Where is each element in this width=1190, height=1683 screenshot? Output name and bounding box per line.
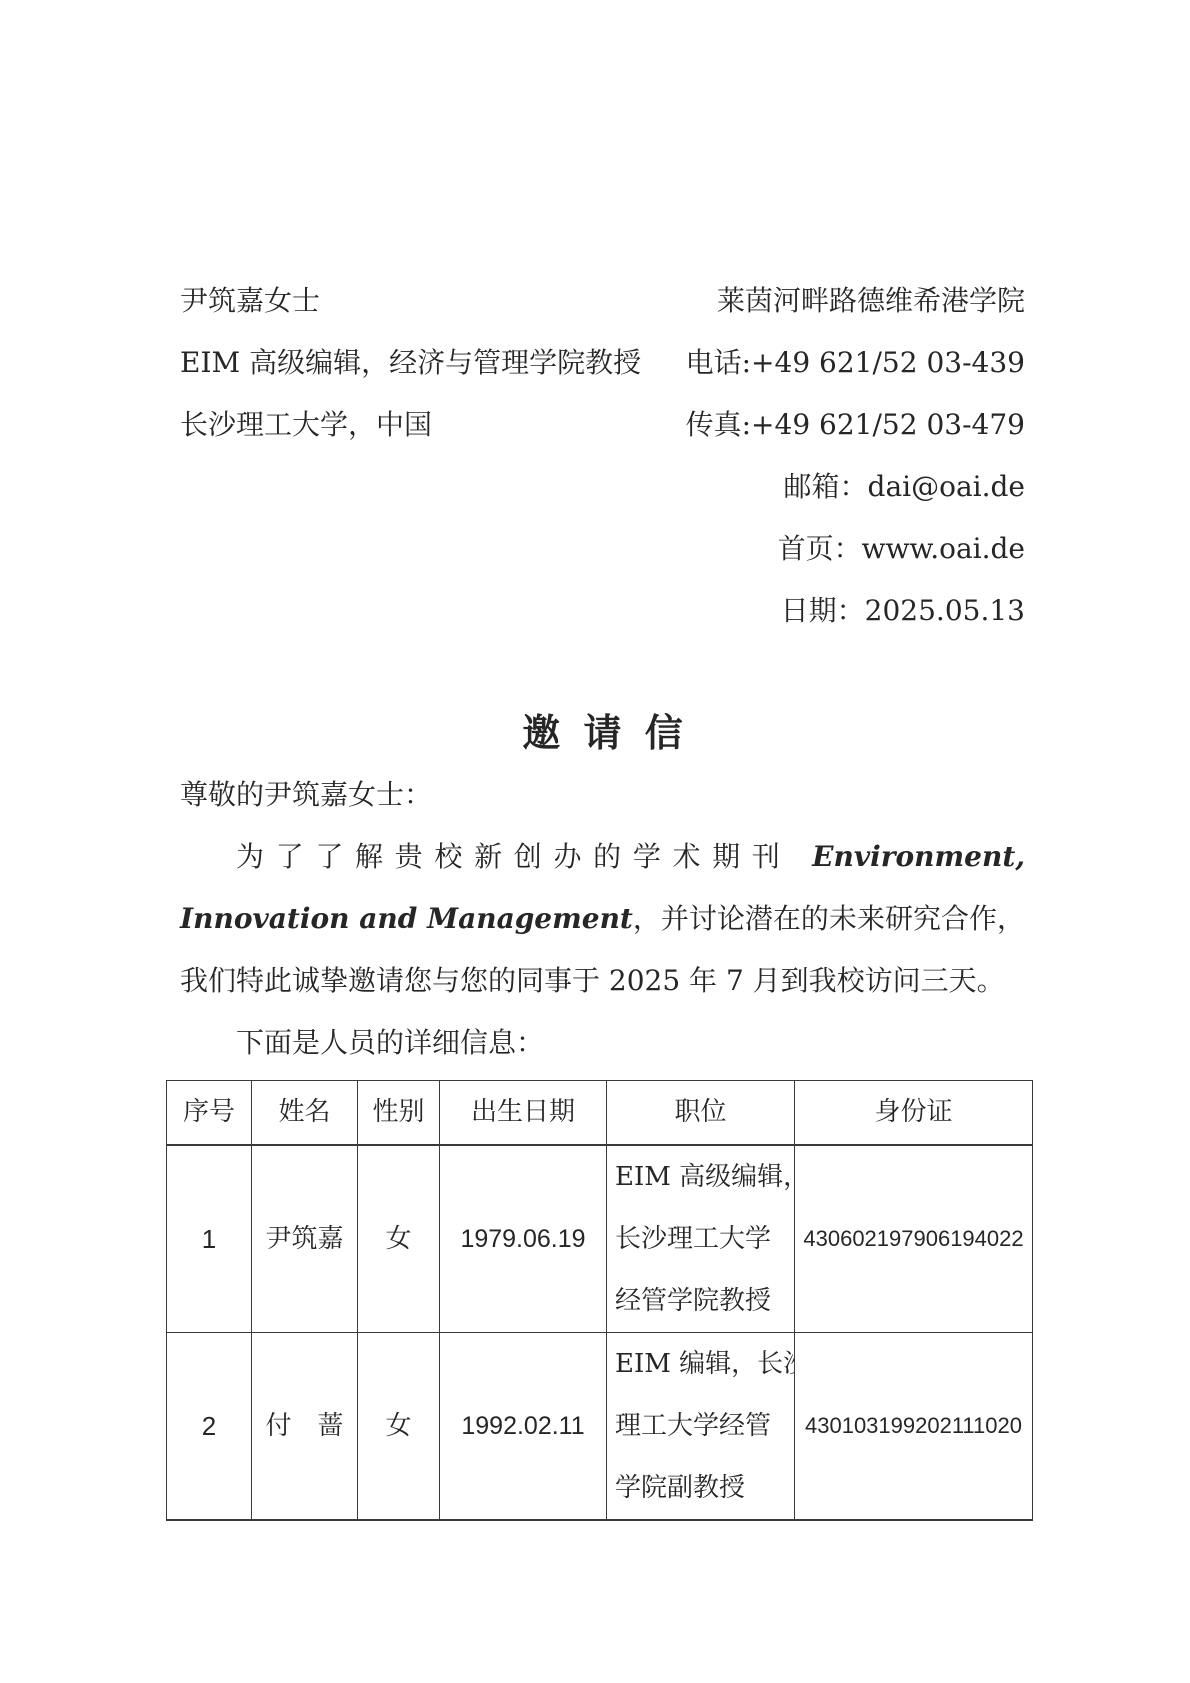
paragraph-1-pre: 为了了解贵校新创办的学术期刊 (236, 840, 812, 873)
col-header-id-number: 身份证 (795, 1081, 1033, 1146)
table-header-row: 序号 姓名 性别 出生日期 职位 身份证 (167, 1081, 1033, 1146)
position-line: 经管学院教授 (615, 1270, 790, 1332)
recipient-name-line: 尹筑嘉女士 (180, 270, 641, 332)
cell-birthdate: 1992.02.11 (440, 1333, 607, 1521)
sender-fax-line: 传真:+49 621/52 03-479 (686, 394, 1025, 456)
document-page: 尹筑嘉女士 EIM 高级编辑，经济与管理学院教授 长沙理工大学，中国 莱茵河畔路… (0, 0, 1190, 1683)
col-header-birthdate: 出生日期 (440, 1081, 607, 1146)
position-line: 理工大学经管 (615, 1395, 790, 1457)
cell-birthdate: 1979.06.19 (440, 1145, 607, 1333)
col-header-gender: 性别 (358, 1081, 440, 1146)
personnel-table: 序号 姓名 性别 出生日期 职位 身份证 1 尹筑嘉 女 1979.06.19 … (166, 1080, 1033, 1521)
position-line: 学院副教授 (615, 1457, 790, 1519)
cell-gender: 女 (358, 1333, 440, 1521)
table-row: 1 尹筑嘉 女 1979.06.19 EIM 高级编辑， 长沙理工大学 经管学院… (167, 1145, 1033, 1333)
cell-id-number: 430103199202111020 (795, 1333, 1033, 1521)
sender-org-line: 莱茵河畔路德维希港学院 (686, 270, 1025, 332)
position-line: EIM 高级编辑， (615, 1146, 790, 1208)
position-line: EIM 编辑，长沙 (615, 1333, 790, 1395)
position-line: 长沙理工大学 (615, 1208, 790, 1270)
sender-block: 莱茵河畔路德维希港学院 电话:+49 621/52 03-439 传真:+49 … (686, 270, 1025, 642)
sender-email-line: 邮箱：dai@oai.de (686, 456, 1025, 518)
letter-title: 邀 请 信 (180, 702, 1025, 764)
sender-homepage-line: 首页：www.oai.de (686, 518, 1025, 580)
cell-name: 付 蔷 (252, 1333, 358, 1521)
cell-name: 尹筑嘉 (252, 1145, 358, 1333)
table-row: 2 付 蔷 女 1992.02.11 EIM 编辑，长沙 理工大学经管 学院副教… (167, 1333, 1033, 1521)
col-header-position: 职位 (607, 1081, 795, 1146)
cell-serial: 2 (167, 1333, 252, 1521)
salutation: 尊敬的尹筑嘉女士： (180, 764, 1025, 826)
table-intro: 下面是人员的详细信息： (180, 1012, 1025, 1074)
cell-gender: 女 (358, 1145, 440, 1333)
letterhead: 尹筑嘉女士 EIM 高级编辑，经济与管理学院教授 长沙理工大学，中国 莱茵河畔路… (180, 270, 1025, 642)
cell-position: EIM 高级编辑， 长沙理工大学 经管学院教授 (607, 1145, 795, 1333)
sender-date-line: 日期：2025.05.13 (686, 580, 1025, 642)
recipient-university-line: 长沙理工大学，中国 (180, 394, 641, 456)
cell-id-number: 430602197906194022 (795, 1145, 1033, 1333)
col-header-serial: 序号 (167, 1081, 252, 1146)
col-header-name: 姓名 (252, 1081, 358, 1146)
body-paragraph-1: 为了了解贵校新创办的学术期刊 Environment, Innovation a… (180, 826, 1025, 1012)
sender-phone-line: 电话:+49 621/52 03-439 (686, 332, 1025, 394)
cell-serial: 1 (167, 1145, 252, 1333)
recipient-block: 尹筑嘉女士 EIM 高级编辑，经济与管理学院教授 长沙理工大学，中国 (180, 270, 641, 456)
cell-position: EIM 编辑，长沙 理工大学经管 学院副教授 (607, 1333, 795, 1521)
recipient-title-line: EIM 高级编辑，经济与管理学院教授 (180, 332, 641, 394)
letter-content: 尹筑嘉女士 EIM 高级编辑，经济与管理学院教授 长沙理工大学，中国 莱茵河畔路… (180, 270, 1025, 1521)
